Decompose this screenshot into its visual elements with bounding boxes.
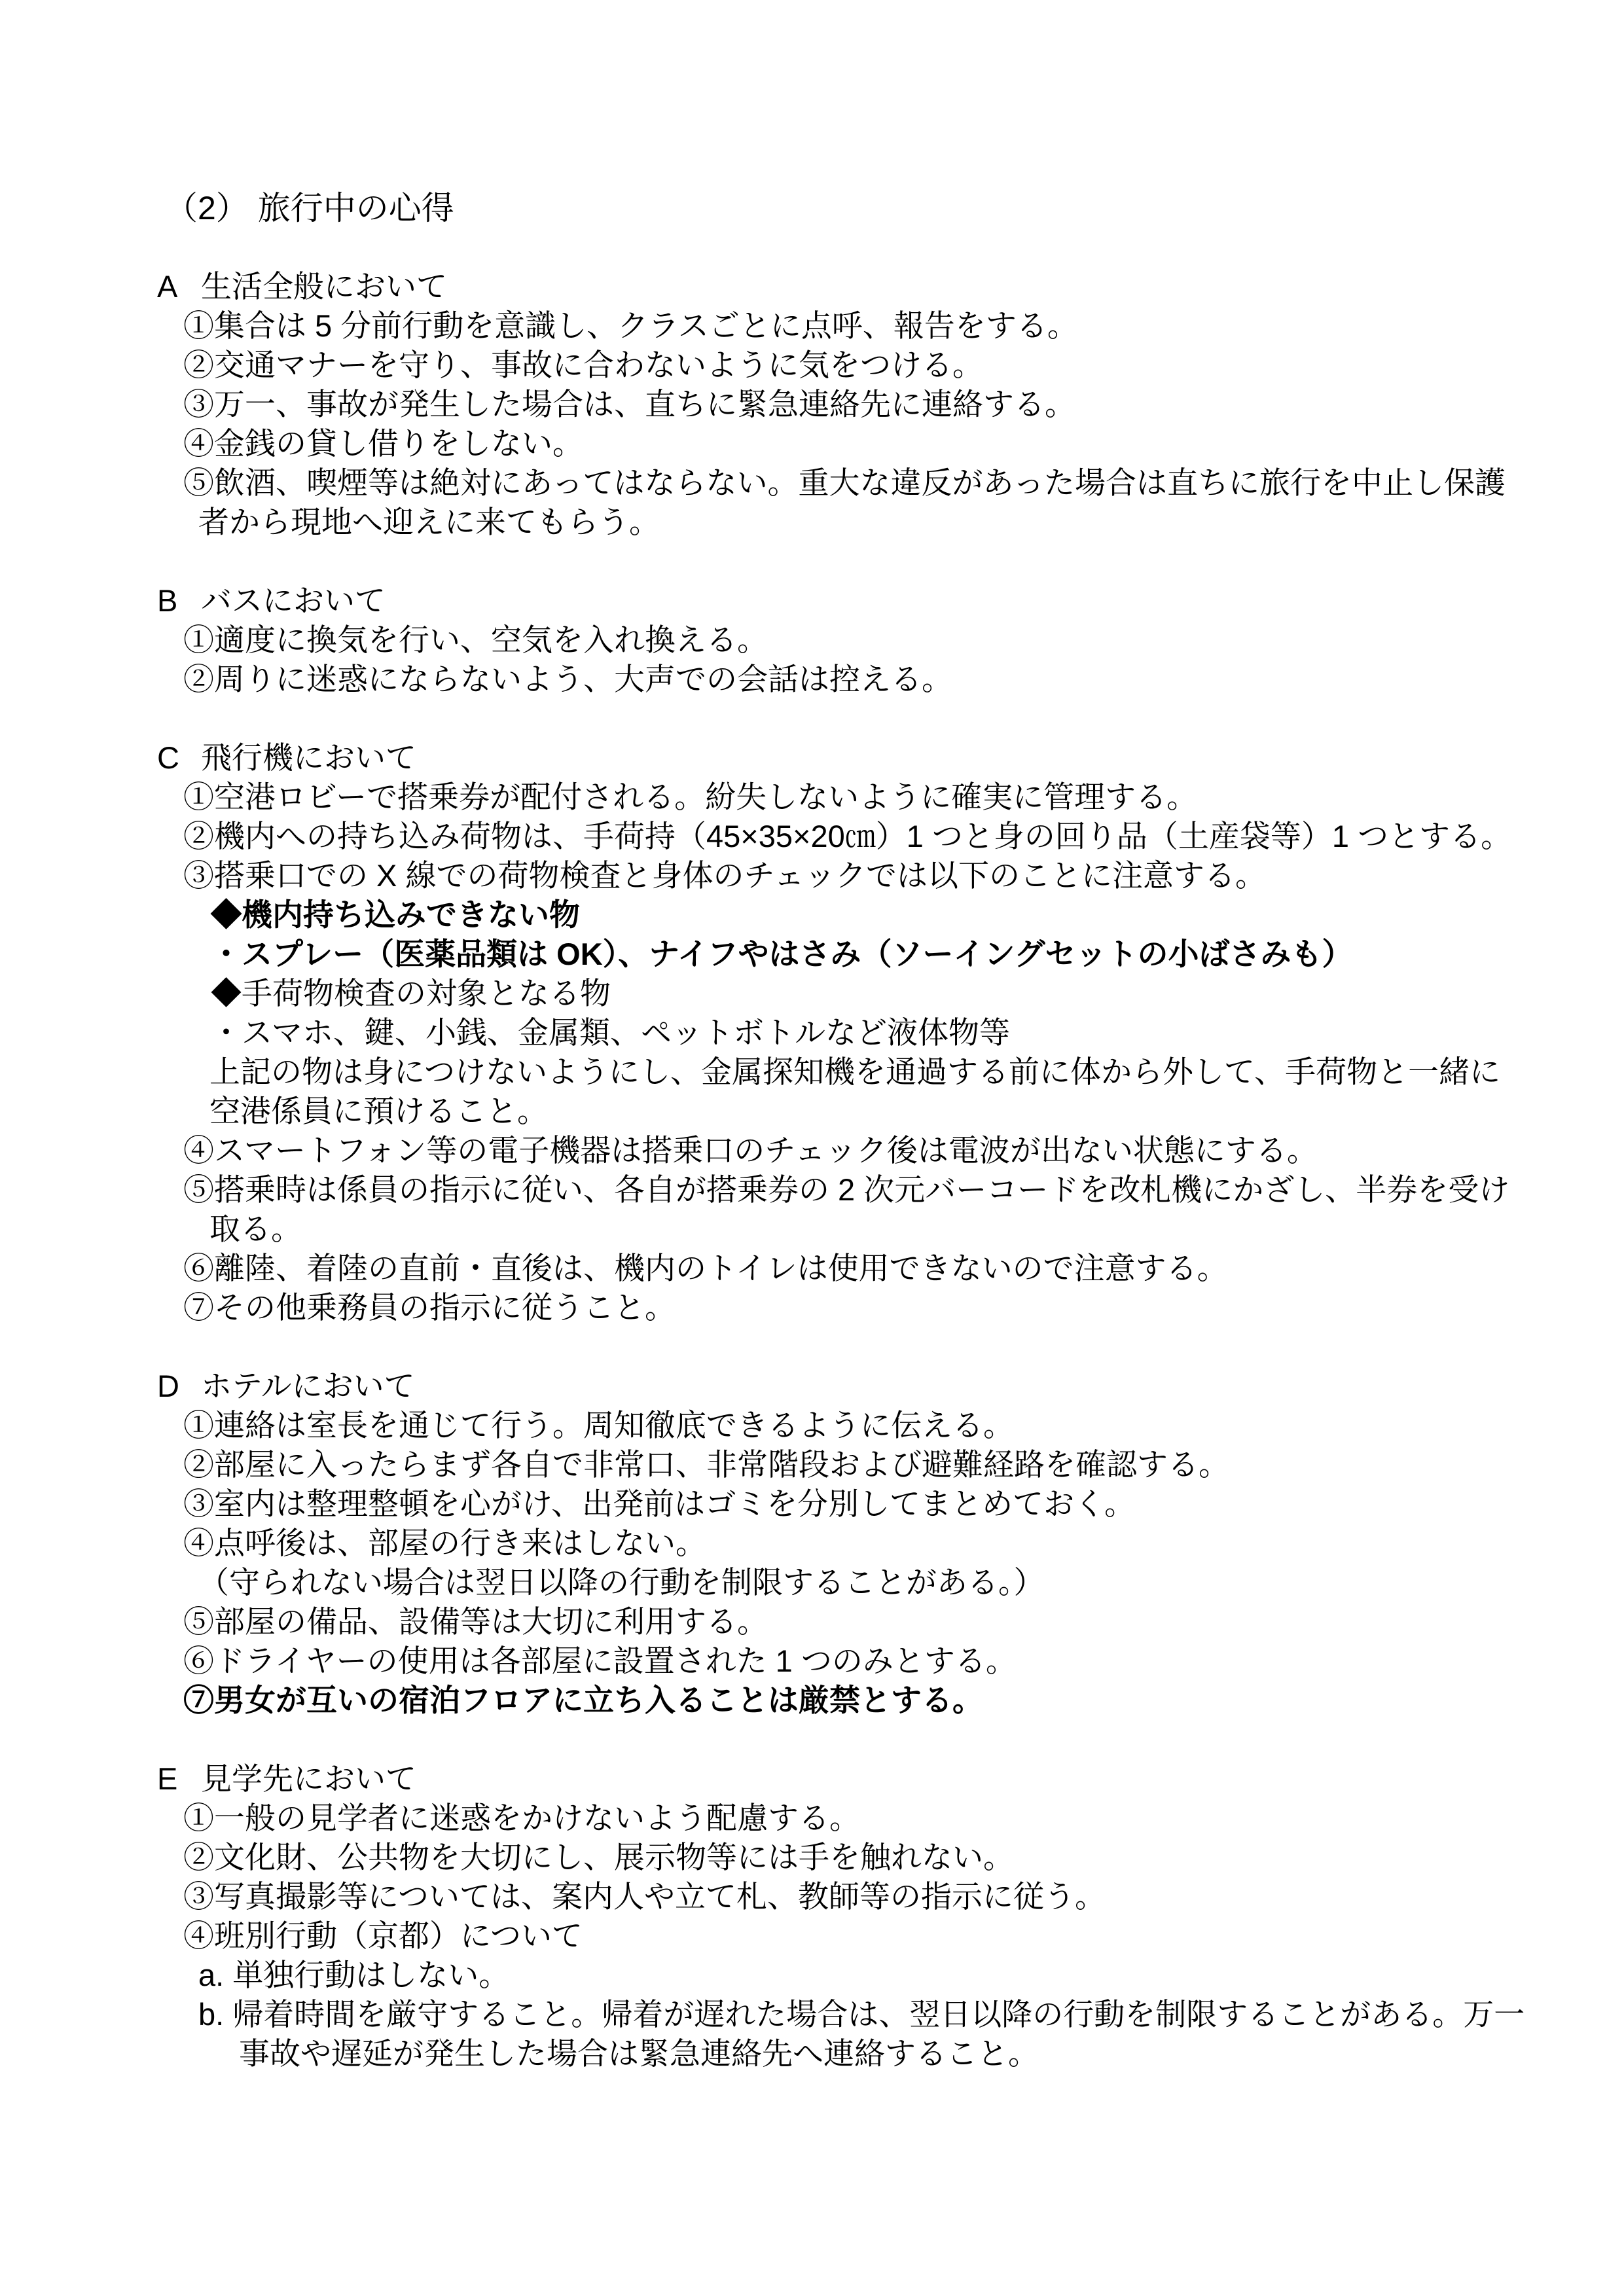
section-letter: B (157, 581, 201, 620)
doc-line: ①空港ロビーで搭乗券が配付される。紛失しないように確実に管理する。 (183, 778, 1624, 817)
doc-line: ⑤部屋の備品、設備等は大切に利用する。 (183, 1602, 1624, 1641)
doc-line: 取る。 (209, 1210, 1624, 1249)
doc-line: ②文化財、公共物を大切にし、展示物等には手を触れない。 (183, 1838, 1624, 1877)
section-header: E見学先において (157, 1759, 1624, 1799)
section-header: Dホテルにおいて (157, 1367, 1624, 1406)
section-header: Bバスにおいて (157, 581, 1624, 620)
doc-line: ④点呼後は、部屋の行き来はしない。 (183, 1524, 1624, 1563)
doc-line: ④スマートフォン等の電子機器は搭乗口のチェック後は電波が出ない状態にする。 (183, 1131, 1624, 1170)
doc-line: 空港係員に預けること。 (209, 1092, 1624, 1131)
doc-line: ⑦男女が互いの宿泊フロアに立ち入ることは厳禁とする。 (183, 1681, 1624, 1720)
doc-line: a. 単独行動はしない。 (198, 1956, 1624, 1995)
doc-line: ⑦その他乗務員の指示に従うこと。 (183, 1288, 1624, 1327)
section-c: C飛行機において①空港ロビーで搭乗券が配付される。紛失しないように確実に管理する… (0, 738, 1624, 1327)
doc-line: 上記の物は身につけないようにし、金属探知機を通過する前に体から外して、手荷物と一… (209, 1052, 1624, 1092)
section-heading: 生活全般において (201, 269, 447, 304)
doc-line: ⑥ドライヤーの使用は各部屋に設置された 1 つのみとする。 (183, 1641, 1624, 1681)
doc-line: ①集合は 5 分前行動を意識し、クラスごとに点呼、報告をする。 (183, 306, 1624, 346)
doc-line: 事故や遅延が発生した場合は緊急連絡先へ連絡すること。 (239, 2034, 1624, 2073)
doc-line: ③万一、事故が発生した場合は、直ちに緊急連絡先に連絡する。 (183, 385, 1624, 424)
section-a: A生活全般において①集合は 5 分前行動を意識し、クラスごとに点呼、報告をする。… (0, 267, 1624, 542)
doc-line: （守られない場合は翌日以降の行動を制限することがある。） (198, 1563, 1624, 1602)
doc-line: ②周りに迷惑にならないよう、大声での会話は控える。 (183, 660, 1624, 699)
doc-line: ⑤搭乗時は係員の指示に従い、各自が搭乗券の 2 次元バーコードを改札機にかざし、… (183, 1170, 1624, 1210)
section-header: C飛行機において (157, 738, 1624, 778)
section-e: E見学先において①一般の見学者に迷惑をかけないよう配慮する。②文化財、公共物を大… (0, 1759, 1624, 2073)
doc-line: ③室内は整理整頓を心がけ、出発前はゴミを分別してまとめておく。 (183, 1484, 1624, 1524)
section-b: Bバスにおいて①適度に換気を行い、空気を入れ換える。②周りに迷惑にならないよう、… (0, 581, 1624, 699)
doc-line: b. 帰着時間を厳守すること。帰着が遅れた場合は、翌日以降の行動を制限することが… (198, 1995, 1624, 2034)
doc-line: ③写真撮影等については、案内人や立て札、教師等の指示に従う。 (183, 1877, 1624, 1916)
section-heading: 見学先において (201, 1761, 416, 1796)
doc-line: ①一般の見学者に迷惑をかけないよう配慮する。 (183, 1799, 1624, 1838)
doc-line: ④金銭の貸し借りをしない。 (183, 424, 1624, 463)
doc-line: ①連絡は室長を通じて行う。周知徹底できるように伝える。 (183, 1406, 1624, 1445)
section-letter: C (157, 738, 201, 778)
doc-line: ①適度に換気を行い、空気を入れ換える。 (183, 620, 1624, 660)
section-heading: ホテルにおいて (201, 1369, 415, 1403)
section-d: Dホテルにおいて①連絡は室長を通じて行う。周知徹底できるように伝える。②部屋に入… (0, 1367, 1624, 1720)
doc-line: ④班別行動（京都）について (183, 1916, 1624, 1956)
doc-line: ・スプレー（医薬品類は OK）、ナイフやはさみ（ソーイングセットの小ばさみも） (211, 935, 1624, 974)
page-title: （2） 旅行中の心得 (165, 188, 1624, 228)
doc-line: ・スマホ、鍵、小銭、金属類、ペットボトルなど液体物等 (211, 1013, 1624, 1052)
doc-line: 者から現地へ迎えに来てもらう。 (198, 503, 1624, 542)
doc-line: ⑤飲酒、喫煙等は絶対にあってはならない。重大な違反があった場合は直ちに旅行を中止… (183, 463, 1624, 503)
section-letter: D (157, 1367, 201, 1406)
doc-line: ②交通マナーを守り、事故に合わないように気をつける。 (183, 346, 1624, 385)
sections-container: A生活全般において①集合は 5 分前行動を意識し、クラスごとに点呼、報告をする。… (0, 267, 1624, 2073)
doc-line: ③搭乗口での X 線での荷物検査と身体のチェックでは以下のことに注意する。 (183, 856, 1624, 895)
section-heading: 飛行機において (201, 740, 416, 775)
section-letter: A (157, 267, 201, 306)
doc-line: ◆機内持ち込みできない物 (211, 895, 1624, 935)
section-letter: E (157, 1759, 201, 1799)
document-page: （2） 旅行中の心得 A生活全般において①集合は 5 分前行動を意識し、クラスご… (0, 0, 1624, 2296)
doc-line: ⑥離陸、着陸の直前・直後は、機内のトイレは使用できないので注意する。 (183, 1249, 1624, 1288)
doc-line: ②機内への持ち込み荷物は、手荷持（45×35×20㎝）1 つと身の回り品（土産袋… (183, 817, 1624, 856)
doc-line: ②部屋に入ったらまず各自で非常口、非常階段および避難経路を確認する。 (183, 1445, 1624, 1484)
doc-line: ◆手荷物検査の対象となる物 (211, 974, 1624, 1013)
section-heading: バスにおいて (201, 583, 386, 618)
section-header: A生活全般において (157, 267, 1624, 306)
